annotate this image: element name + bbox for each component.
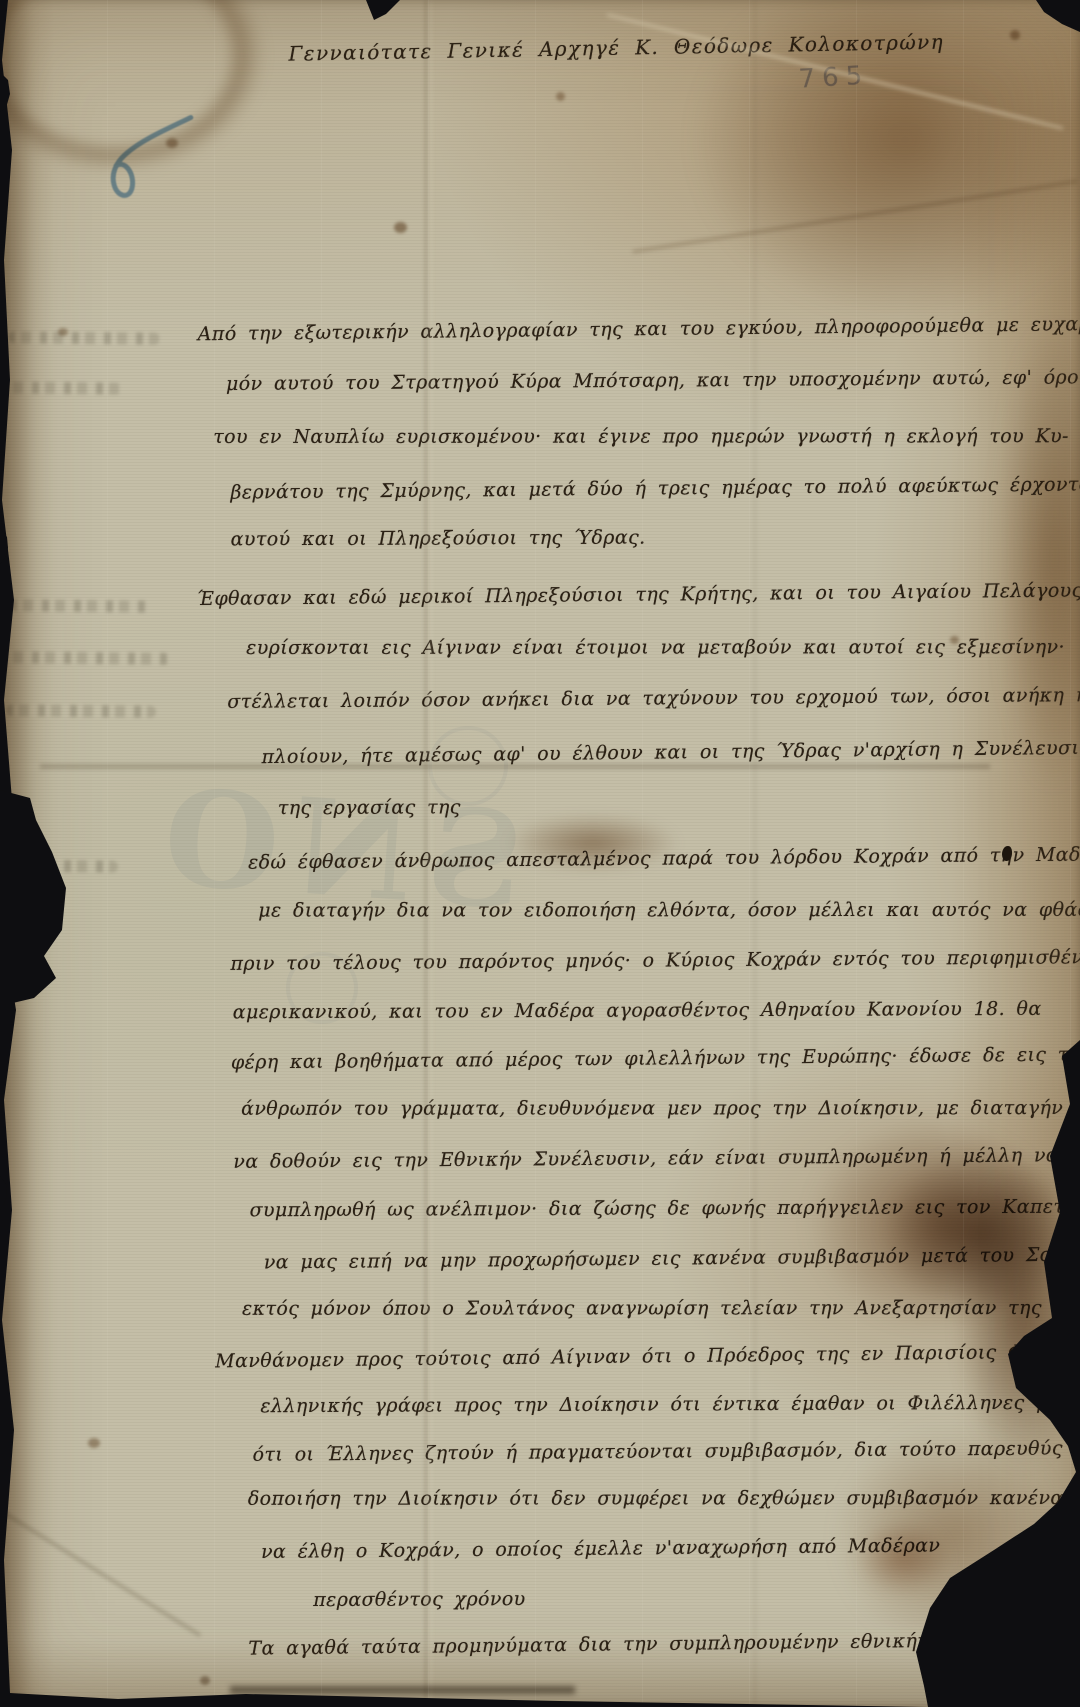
handwriting-line: να μας ειπή να μην προχωρήσωμεν εις κανέ… [264, 1243, 1080, 1275]
handwriting-line: Από την εξωτερικήν αλληλογραφίαν της και… [198, 311, 1080, 347]
handwriting-line: πριν του τέλους του παρόντος μηνός· ο Κύ… [230, 946, 1080, 977]
handwriting-line: δοποιήση την Διοίκησιν ότι δεν συμφέρει … [248, 1487, 1080, 1512]
handwriting-line: στέλλεται λοιπόν όσον ανήκει δια να ταχύ… [227, 684, 1080, 715]
handwriting-line: βερνάτου της Σμύρνης, και μετά δύο ή τρε… [230, 473, 1080, 505]
handwriting-line: ότι οι Έλληνες ζητούν ή πραγματεύονται σ… [253, 1437, 1080, 1468]
handwriting-line: αμερικανικού, και του εν Μαδέρα αγορασθέ… [233, 998, 1042, 1025]
handwriting-line: να δοθούν εις την Εθνικήν Συνέλευσιν, εά… [233, 1144, 1059, 1174]
handwriting-line: Τα αγαθά ταύτα προμηνύματα δια την συμπλ… [248, 1630, 929, 1661]
handwriting-line: αυτού και οι Πληρεξούσιοι της Ύδρας. [231, 527, 646, 553]
handwriting-line: φέρη και βοηθήματα από μέρος των φιλελλή… [231, 1043, 1080, 1075]
handwriting-line: μόν αυτού του Στρατηγού Κύρα Μπότσαρη, κ… [226, 366, 1080, 397]
handwriting-line: ελληνικής γράφει προς την Διοίκησιν ότι … [260, 1392, 1059, 1419]
handwriting-line: πλοίουν, ήτε αμέσως αφ' ου έλθουν και οι… [261, 737, 1080, 770]
blue-crayon-mark [69, 97, 199, 208]
handwriting-line: Μανθάνομεν προς τούτοις από Αίγιναν ότι … [215, 1341, 1051, 1374]
handwriting-line: της εργασίας της [278, 796, 461, 821]
handwriting-line: άνθρωπόν του γράμματα, διευθυνόμενα μεν … [241, 1097, 1080, 1122]
handwriting-line: με διαταγήν δια να τον ειδοποιήση ελθόντ… [258, 899, 1080, 924]
left-edge-notch [0, 1176, 7, 1210]
paper-sheet: SNO Γενναιότατε Γενικέ Αρχηγέ Κ. Θεόδωρε… [0, 0, 1080, 1707]
handwriting-line: συμπληρωθή ως ανέλπιμον· δια ζώσης δε φω… [250, 1195, 1080, 1223]
manuscript-scan: SNO Γενναιότατε Γενικέ Αρχηγέ Κ. Θεόδωρε… [0, 0, 1080, 1707]
handwriting-line: εδώ έφθασεν άνθρωπος απεσταλμένος παρά τ… [248, 843, 1080, 875]
handwriting-line: ευρίσκονται εις Αίγιναν είναι έτοιμοι να… [246, 636, 1065, 660]
handwriting-line: του εν Ναυπλίω ευρισκομένου· και έγινε π… [213, 425, 1069, 449]
handwriting-layer: Γενναιότατε Γενικέ Αρχηγέ Κ. Θεόδωρε Κολ… [0, 0, 1080, 1707]
archive-number: 765 [798, 61, 870, 95]
handwriting-line: να έλθη ο Κοχράν, ο οποίος έμελλε ν'αναχ… [261, 1534, 940, 1564]
handwriting-line: εκτός μόνον όπου ο Σουλτάνος αναγνωρίση … [242, 1297, 1080, 1322]
handwriting-line: περασθέντος χρόνου [313, 1588, 525, 1613]
handwriting-line: Έφθασαν και εδώ μερικοί Πληρεξούσιοι της… [197, 579, 1080, 612]
